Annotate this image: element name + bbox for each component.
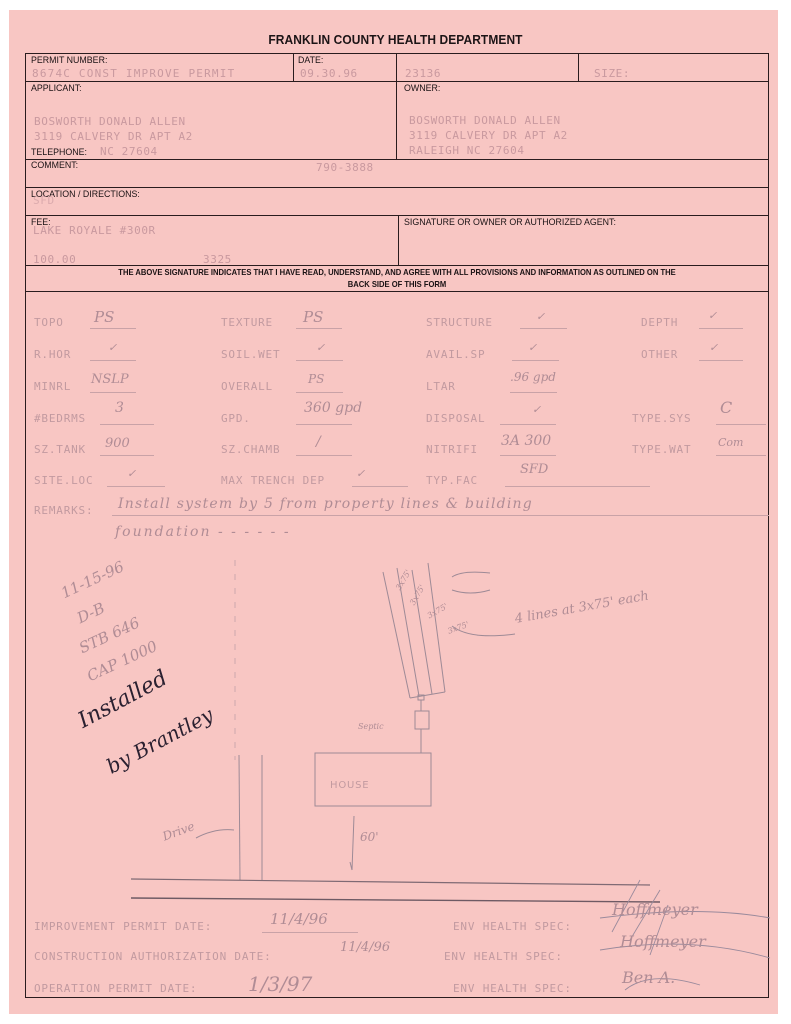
operation-permit-date-label: OPERATION PERMIT DATE: <box>34 982 197 995</box>
env-health-spec-label-3: ENV HEALTH SPEC: <box>453 982 572 995</box>
operation-permit-date-value: 1/3/97 <box>248 972 312 996</box>
improvement-date-line <box>262 932 358 933</box>
env-health-spec-signature-3: Ben A. <box>622 968 675 987</box>
env-health-spec-signature-2: Hoffmeyer <box>620 932 706 951</box>
improvement-permit-date-value: 11/4/96 <box>270 910 328 928</box>
distance-label: 60' <box>360 830 379 844</box>
site-sketch <box>0 0 791 1024</box>
improvement-permit-date-label: IMPROVEMENT PERMIT DATE: <box>34 920 212 933</box>
env-health-spec-label-2: ENV HEALTH SPEC: <box>444 950 563 963</box>
env-health-spec-signature-1: Hoffmeyer <box>612 900 698 919</box>
construction-authorization-date-label: CONSTRUCTION AUTHORIZATION DATE: <box>34 950 272 963</box>
house-label: HOUSE <box>330 780 369 791</box>
construction-authorization-date-value: 11/4/96 <box>340 940 390 955</box>
env-health-spec-label-1: ENV HEALTH SPEC: <box>453 920 572 933</box>
tank-label: Septic <box>358 722 384 731</box>
